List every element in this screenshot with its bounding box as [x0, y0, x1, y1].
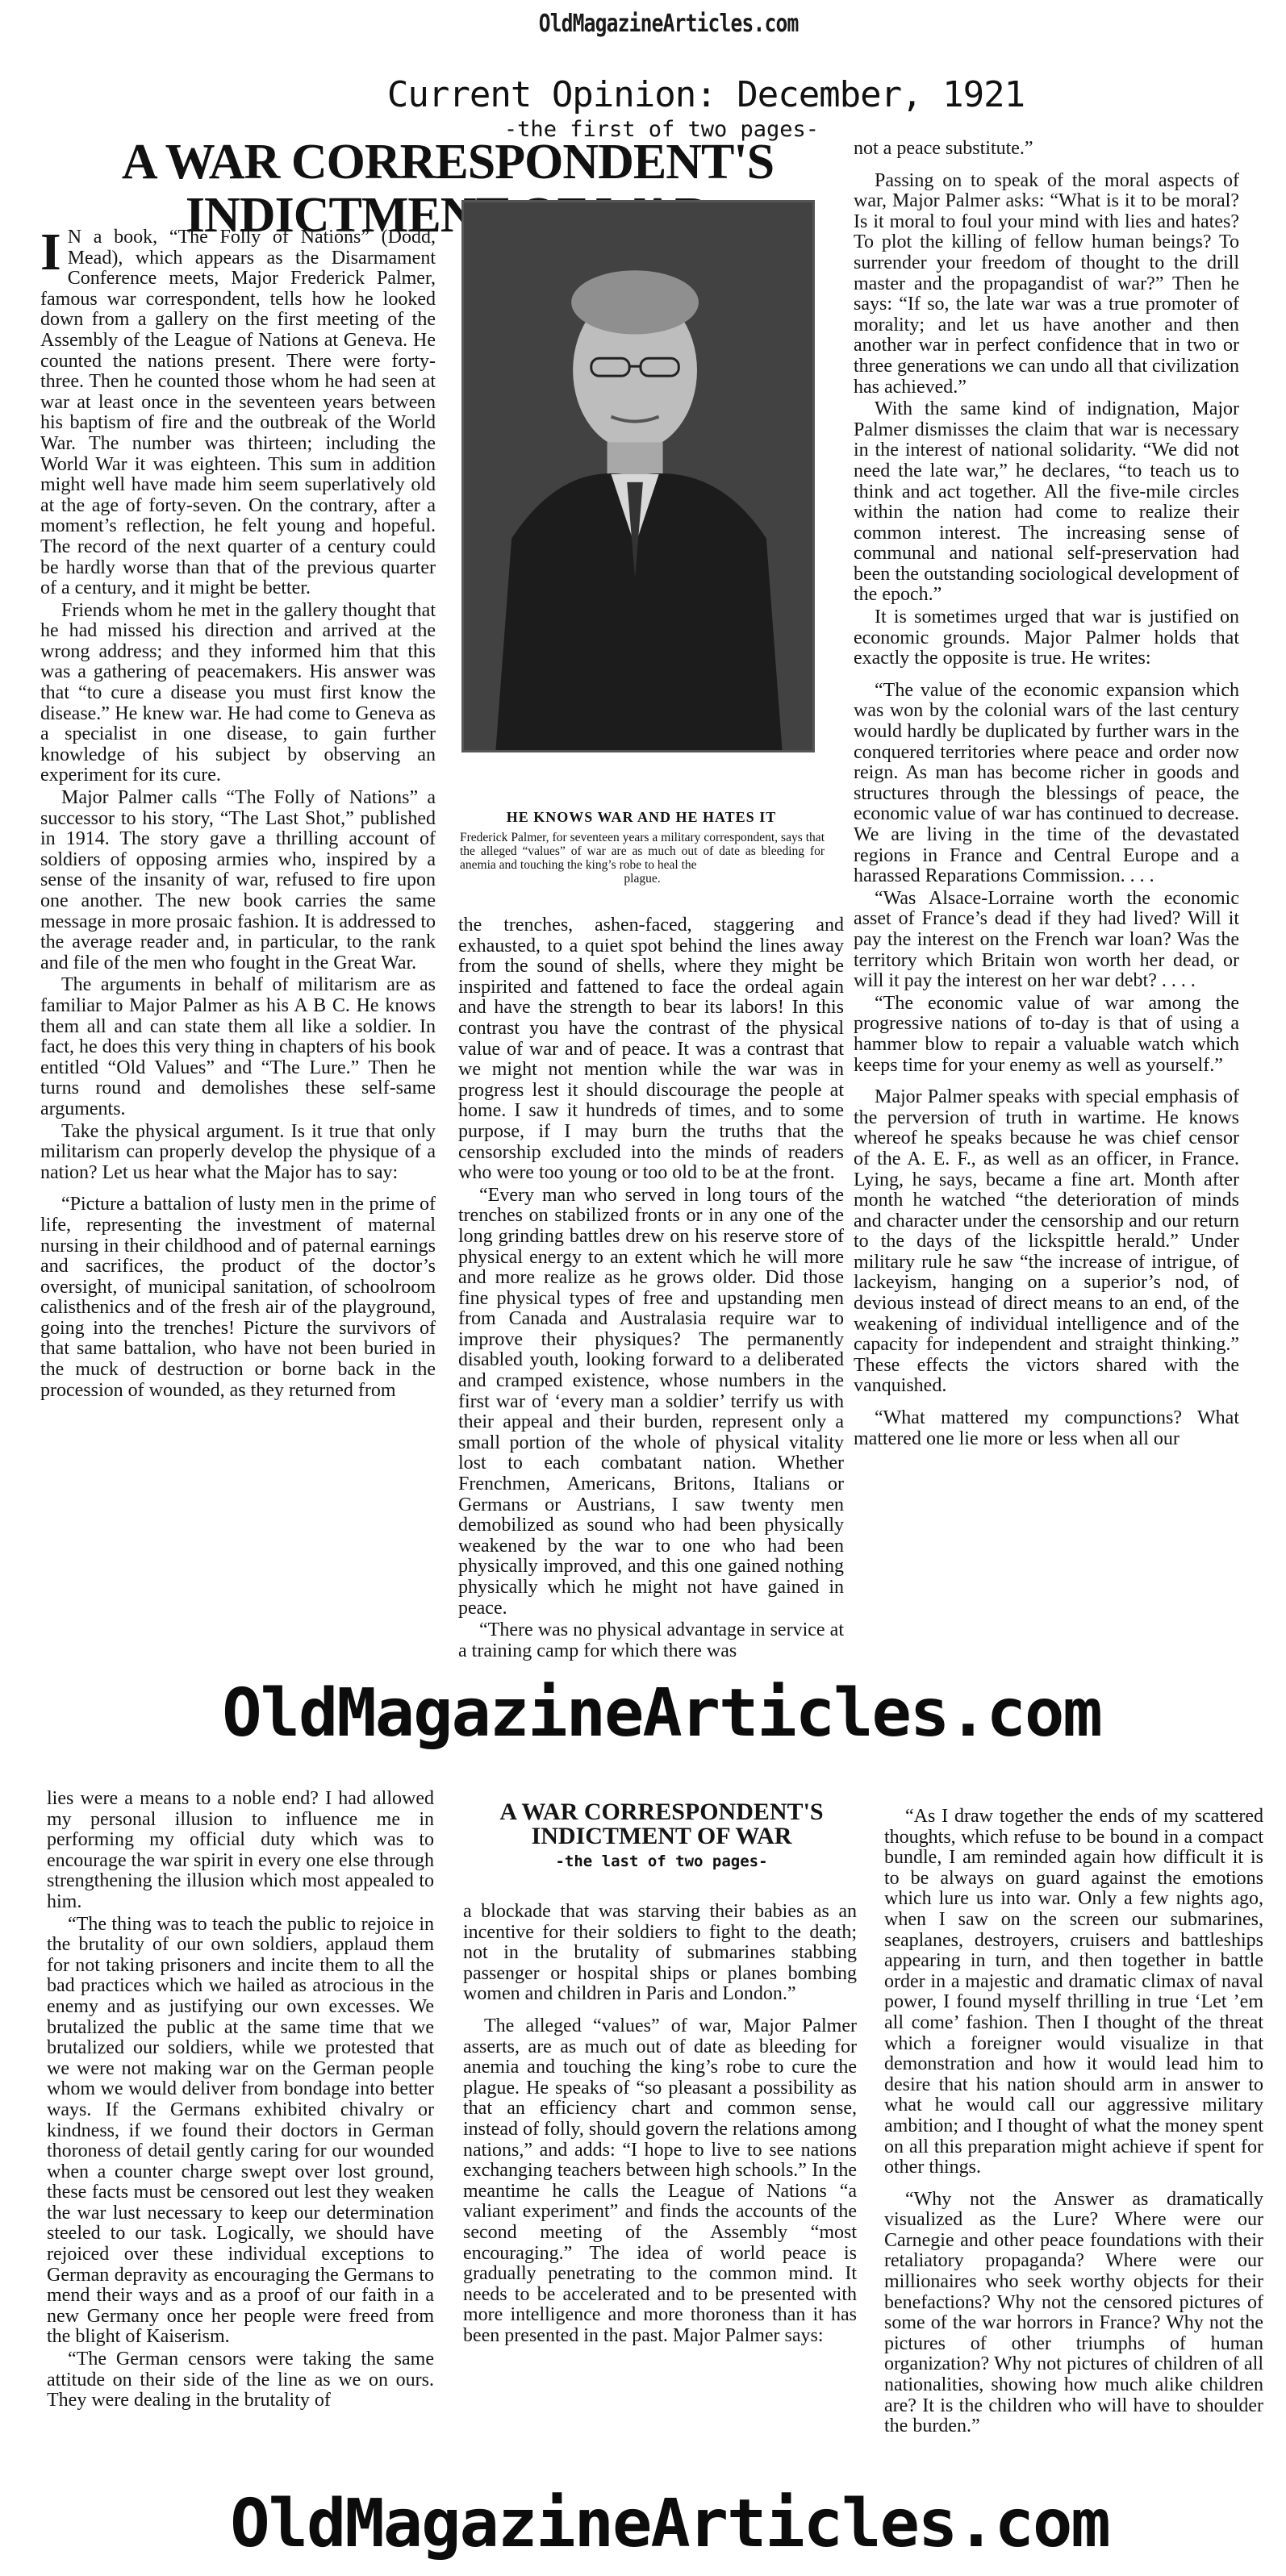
page2-column-2: a blockade that was starving their babie…	[463, 1902, 857, 2348]
block-quote: “The value of the economic expansion whi…	[854, 681, 1239, 887]
page2-headline-line-1: A WAR CORRESPONDENT'S	[460, 1800, 863, 1824]
paragraph: lies were a means to a noble end? I had …	[47, 1789, 434, 1913]
block-quote: “As I draw together the ends of my scatt…	[884, 1807, 1263, 2178]
page2-headline-line-2: INDICTMENT OF WAR	[460, 1824, 863, 1849]
drop-cap: I	[40, 231, 61, 274]
publication-title: Current Opinion: December, 1921	[379, 74, 1033, 115]
portrait-photo	[461, 200, 815, 752]
page1-column-3: not a peace substitute.” Passing on to s…	[854, 139, 1239, 1451]
paragraph: It is sometimes urged that war is justif…	[854, 607, 1239, 669]
photo-caption-title: HE KNOWS WAR AND HE HATES IT	[464, 809, 819, 826]
paragraph: not a peace substitute.”	[854, 139, 1239, 160]
block-quote: “Picture a battalion of lusty men in the…	[40, 1194, 436, 1401]
page2-column-1: lies were a means to a noble end? I had …	[47, 1789, 434, 2413]
paragraph: The alleged “values” of war, Major Palme…	[463, 2016, 857, 2347]
paragraph: With the same kind of indignation, Major…	[854, 399, 1239, 606]
paragraph: the trenches, ashen-faced, staggering an…	[458, 915, 844, 1184]
paragraph: Friends whom he met in the gallery thoug…	[40, 601, 436, 786]
paragraph: Major Palmer calls “The Folly of Nations…	[40, 788, 436, 973]
paragraph: “Every man who served in long tours of t…	[458, 1186, 844, 1619]
page2-page-note: -the last of two pages-	[460, 1853, 863, 1870]
photo-caption: Frederick Palmer, for seventeen years a …	[460, 831, 825, 886]
page2-headline: A WAR CORRESPONDENT'S INDICTMENT OF WAR	[460, 1800, 863, 1849]
headline-line-1: A WAR CORRESPONDENT'S	[89, 135, 807, 189]
page2-column-3: “As I draw together the ends of my scatt…	[884, 1807, 1263, 2439]
page1-column-1: IN a book, “The Folly of Nations” (Dodd,…	[40, 227, 436, 1403]
paragraph: Take the physical argument. Is it true t…	[40, 1122, 436, 1184]
block-quote: “Was Alsace-Lorraine worth the economic …	[854, 889, 1239, 992]
page1-column-2: the trenches, ashen-faced, staggering an…	[458, 915, 844, 1663]
watermark-middle: OldMagazineArticles.com	[194, 1674, 1129, 1754]
paragraph: “There was no physical advantage in serv…	[458, 1620, 844, 1661]
site-name-header: OldMagazineArticles.com	[516, 10, 820, 38]
paragraph: a blockade that was starving their babie…	[463, 1902, 857, 2005]
block-quote: “Why not the Answer as dramatically visu…	[884, 2190, 1263, 2437]
block-quote: “The thing was to teach the public to re…	[47, 1915, 434, 2348]
paragraph: IN a book, “The Folly of Nations” (Dodd,…	[40, 227, 436, 599]
block-quote: “The economic value of war among the pro…	[854, 994, 1239, 1076]
portrait-image-icon	[464, 202, 812, 750]
block-quote: “The German censors were taking the same…	[47, 2349, 434, 2411]
paragraph: Passing on to speak of the moral aspects…	[854, 171, 1239, 398]
block-quote: “What mattered my compunctions? What mat…	[854, 1408, 1239, 1449]
paragraph: The arguments in behalf of militarism ar…	[40, 975, 436, 1119]
paragraph: Major Palmer speaks with special emphasi…	[854, 1087, 1239, 1397]
watermark-bottom: OldMagazineArticles.com	[202, 2484, 1138, 2565]
